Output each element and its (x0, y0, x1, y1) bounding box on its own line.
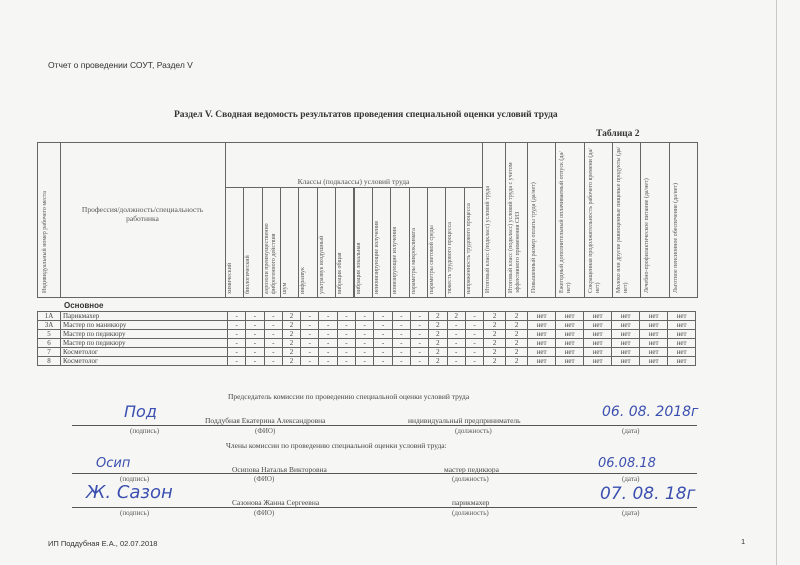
benefit-value: нет (556, 321, 584, 330)
header-benefit: Повышенный размер оплаты труда (да/нет) (531, 146, 552, 293)
chair-signature-line (72, 425, 697, 426)
page-edge (776, 0, 777, 565)
table-row: 1АПарикмахер---2-------22-22нетнетнетнет… (38, 312, 696, 321)
caption-date: (дата) (622, 475, 639, 483)
header-class: неионизирующие излучения (374, 190, 389, 294)
class-value: - (410, 312, 428, 321)
benefit-value: нет (528, 312, 556, 321)
class-value: 2 (282, 339, 300, 348)
class-value: 2 (282, 357, 300, 366)
header-benefit: Льготное пенсионное обеспечение (да/нет) (673, 146, 694, 293)
class-value: - (374, 321, 392, 330)
chair-heading: Председатель комиссии по проведению спец… (228, 392, 469, 401)
caption-position: (должность) (455, 427, 492, 435)
class-value: - (319, 348, 337, 357)
profession: Парикмахер (61, 312, 228, 321)
class-value: 2 (282, 330, 300, 339)
table-row: 7Косметолог---2-------2--22нетнетнетнетн… (38, 348, 696, 357)
class-value: 2 (429, 357, 447, 366)
workplace-id: 3А (38, 321, 61, 330)
class-value: - (392, 330, 410, 339)
caption-name: (ФИО) (255, 427, 275, 435)
benefit-value: нет (612, 339, 640, 348)
total-class: 2 (506, 339, 528, 348)
class-value: - (374, 330, 392, 339)
profession: Косметолог (61, 357, 228, 366)
class-value: - (246, 357, 264, 366)
class-value: - (301, 330, 319, 339)
caption-position: (должность) (452, 509, 489, 517)
benefit-value: нет (640, 321, 668, 330)
class-value: - (447, 348, 465, 357)
header-class: тяжесть трудового процесса (447, 190, 462, 294)
table-label: Таблица 2 (596, 129, 640, 139)
class-value: 2 (429, 330, 447, 339)
section-title: Раздел V. Сводная ведомость результатов … (174, 110, 558, 120)
running-head: Отчет о проведении СОУТ, Раздел V (48, 60, 193, 70)
benefit-value: нет (584, 312, 612, 321)
header-total: Итоговый класс (подкласс) условий труда (485, 146, 503, 293)
class-value: - (356, 330, 374, 339)
total-class: 2 (506, 348, 528, 357)
benefit-value: нет (668, 339, 696, 348)
benefit-value: нет (612, 348, 640, 357)
class-value: - (301, 312, 319, 321)
benefit-value: нет (584, 321, 612, 330)
header-total: Итоговый класс (подкласс) условий труда … (508, 146, 526, 293)
benefit-value: нет (528, 357, 556, 366)
table-row: 5Мастер по педикюру---2-------2--22нетне… (38, 330, 696, 339)
class-value: - (356, 357, 374, 366)
caption-date: (дата) (622, 427, 639, 435)
benefit-value: нет (612, 321, 640, 330)
total-class: 2 (506, 321, 528, 330)
class-value: - (319, 357, 337, 366)
class-value: - (228, 312, 246, 321)
class-value: - (228, 357, 246, 366)
class-value: - (374, 312, 392, 321)
profession: Мастер по маникюру (61, 321, 228, 330)
class-value: - (337, 348, 355, 357)
header-class: ультразвук воздушный (319, 190, 334, 294)
header-class: параметры световой среды (429, 190, 444, 294)
class-value: - (264, 312, 282, 321)
class-value: - (301, 339, 319, 348)
header-class: параметры микроклимата (411, 190, 426, 294)
class-value: 2 (429, 321, 447, 330)
class-value: 2 (282, 312, 300, 321)
class-value: - (356, 339, 374, 348)
class-value: - (246, 348, 264, 357)
member-1-signature-line (72, 473, 697, 474)
class-value: - (337, 312, 355, 321)
benefit-value: нет (640, 330, 668, 339)
profession: Мастер по педикюру (61, 330, 228, 339)
table-row: 3АМастер по маникюру---2-------2--22нетн… (38, 321, 696, 330)
class-value: - (465, 357, 483, 366)
class-value: - (301, 321, 319, 330)
class-value: - (337, 357, 355, 366)
class-value: - (356, 312, 374, 321)
benefit-value: нет (640, 357, 668, 366)
class-value: - (356, 348, 374, 357)
caption-name: (ФИО) (254, 475, 274, 483)
header-class: ионизирующие излучения (392, 190, 407, 294)
header-class: инфразвук (300, 190, 315, 294)
benefit-value: нет (612, 357, 640, 366)
total-class: 2 (484, 321, 506, 330)
workplace-id: 8 (38, 357, 61, 366)
class-value: - (374, 348, 392, 357)
footer: ИП Поддубная Е.А., 02.07.2018 (48, 539, 157, 548)
class-value: - (465, 312, 483, 321)
class-value: - (465, 321, 483, 330)
benefit-value: нет (528, 339, 556, 348)
class-value: - (319, 321, 337, 330)
class-value: - (356, 321, 374, 330)
benefit-value: нет (640, 339, 668, 348)
header-profession: Профессия/должность/специальность работн… (65, 205, 220, 223)
caption-name: (ФИО) (254, 509, 274, 517)
benefit-value: нет (668, 357, 696, 366)
class-value: - (228, 321, 246, 330)
class-value: - (301, 357, 319, 366)
results-table: 1АПарикмахер---2-------22-22нетнетнетнет… (37, 311, 696, 366)
class-value: 2 (429, 312, 447, 321)
workplace-id: 6 (38, 339, 61, 348)
class-value: - (246, 330, 264, 339)
header-classes-group: Классы (подклассы) условий труда (225, 177, 482, 186)
header-benefit: Молоко или другие равноценные пищевые пр… (616, 146, 637, 293)
benefit-value: нет (668, 330, 696, 339)
class-value: - (228, 330, 246, 339)
page-number: 1 (741, 537, 745, 546)
class-value: - (337, 339, 355, 348)
total-class: 2 (484, 348, 506, 357)
chair-position: индивидуальный предприниматель (408, 416, 521, 425)
class-value: - (337, 330, 355, 339)
profession: Мастер по педикюру (61, 339, 228, 348)
table-row: 8Косметолог---2-------2--22нетнетнетнетн… (38, 357, 696, 366)
class-value: 2 (447, 312, 465, 321)
benefit-value: нет (640, 348, 668, 357)
benefit-value: нет (668, 348, 696, 357)
benefit-value: нет (668, 312, 696, 321)
benefit-value: нет (584, 330, 612, 339)
class-value: - (337, 321, 355, 330)
chair-signature: Под (124, 402, 157, 421)
benefit-value: нет (556, 357, 584, 366)
caption-signature: (подпись) (120, 509, 149, 517)
class-value: - (392, 357, 410, 366)
class-value: - (228, 339, 246, 348)
class-value: - (319, 330, 337, 339)
members-heading: Члены комиссии по проведению специальной… (226, 441, 447, 450)
benefit-value: нет (640, 312, 668, 321)
class-value: - (264, 357, 282, 366)
benefit-value: нет (668, 321, 696, 330)
benefit-value: нет (556, 339, 584, 348)
header-benefit: Сокращенная продолжительность рабочего в… (588, 146, 609, 293)
class-value: - (301, 348, 319, 357)
total-class: 2 (506, 357, 528, 366)
caption-date: (дата) (622, 509, 639, 517)
class-value: - (447, 339, 465, 348)
class-value: - (246, 312, 264, 321)
total-class: 2 (484, 339, 506, 348)
total-class: 2 (484, 330, 506, 339)
class-value: - (264, 339, 282, 348)
class-value: - (410, 321, 428, 330)
header-class: химический (227, 190, 242, 294)
class-value: - (246, 321, 264, 330)
class-value: - (264, 330, 282, 339)
benefit-value: нет (584, 339, 612, 348)
benefit-value: нет (612, 330, 640, 339)
benefit-value: нет (556, 312, 584, 321)
caption-signature: (подпись) (130, 427, 159, 435)
workplace-id: 1А (38, 312, 61, 321)
profession: Косметолог (61, 348, 228, 357)
header-class: напряженность трудового процесса (466, 190, 481, 294)
class-value: - (392, 312, 410, 321)
header-class: шум (282, 190, 297, 294)
class-value: 2 (282, 348, 300, 357)
header-class: аэрозоли преимущественно фиброгенного де… (264, 190, 279, 294)
header-benefit: Ежегодный дополнительный оплачиваемый от… (559, 146, 580, 293)
class-value: - (228, 348, 246, 357)
section-label: Основное (64, 301, 103, 310)
header-id: Индивидуальный номер рабочего места (42, 146, 54, 293)
member-1-date: 06.08.18 (598, 456, 656, 471)
class-value: - (392, 348, 410, 357)
class-value: 2 (282, 321, 300, 330)
workplace-id: 5 (38, 330, 61, 339)
class-value: - (465, 348, 483, 357)
member-2-signature: Ж. Сазон (86, 482, 173, 503)
class-value: - (392, 321, 410, 330)
total-class: 2 (484, 312, 506, 321)
header-class: вибрация общая (337, 190, 352, 294)
caption-position: (должность) (452, 475, 489, 483)
benefit-value: нет (584, 348, 612, 357)
total-class: 2 (484, 357, 506, 366)
benefit-value: нет (556, 348, 584, 357)
class-value: - (374, 357, 392, 366)
member-2-name: Сазонова Жанна Сергеевна (232, 498, 319, 507)
class-value: - (319, 312, 337, 321)
member-2-date: 07. 08. 18г (600, 484, 695, 504)
class-value: - (465, 330, 483, 339)
class-value: - (264, 348, 282, 357)
class-value: - (374, 339, 392, 348)
header-class: биологический (245, 190, 260, 294)
class-value: - (410, 330, 428, 339)
chair-date: 06. 08. 2018г (602, 404, 698, 420)
chair-name: Поддубная Екатерина Александровна (205, 416, 325, 425)
class-value: 2 (429, 339, 447, 348)
class-value: - (392, 339, 410, 348)
header-class: вибрация локальная (356, 190, 371, 294)
benefit-value: нет (528, 330, 556, 339)
member-2-signature-line (72, 507, 697, 508)
class-value: - (410, 357, 428, 366)
benefit-value: нет (584, 357, 612, 366)
class-value: - (447, 321, 465, 330)
class-value: - (264, 321, 282, 330)
member-2-position: парикмахер (452, 498, 489, 507)
class-value: - (447, 330, 465, 339)
total-class: 2 (506, 330, 528, 339)
class-value: - (319, 339, 337, 348)
member-1-signature: Осип (96, 456, 130, 471)
class-value: - (246, 339, 264, 348)
benefit-value: нет (556, 330, 584, 339)
class-value: - (410, 339, 428, 348)
class-value: - (447, 357, 465, 366)
class-value: - (465, 339, 483, 348)
benefit-value: нет (528, 321, 556, 330)
total-class: 2 (506, 312, 528, 321)
workplace-id: 7 (38, 348, 61, 357)
benefit-value: нет (528, 348, 556, 357)
header-benefit: Лечебно-профилактическое питание (да/нет… (644, 146, 665, 293)
class-value: - (410, 348, 428, 357)
benefit-value: нет (612, 312, 640, 321)
class-value: 2 (429, 348, 447, 357)
table-row: 6Мастер по педикюру---2-------2--22нетне… (38, 339, 696, 348)
